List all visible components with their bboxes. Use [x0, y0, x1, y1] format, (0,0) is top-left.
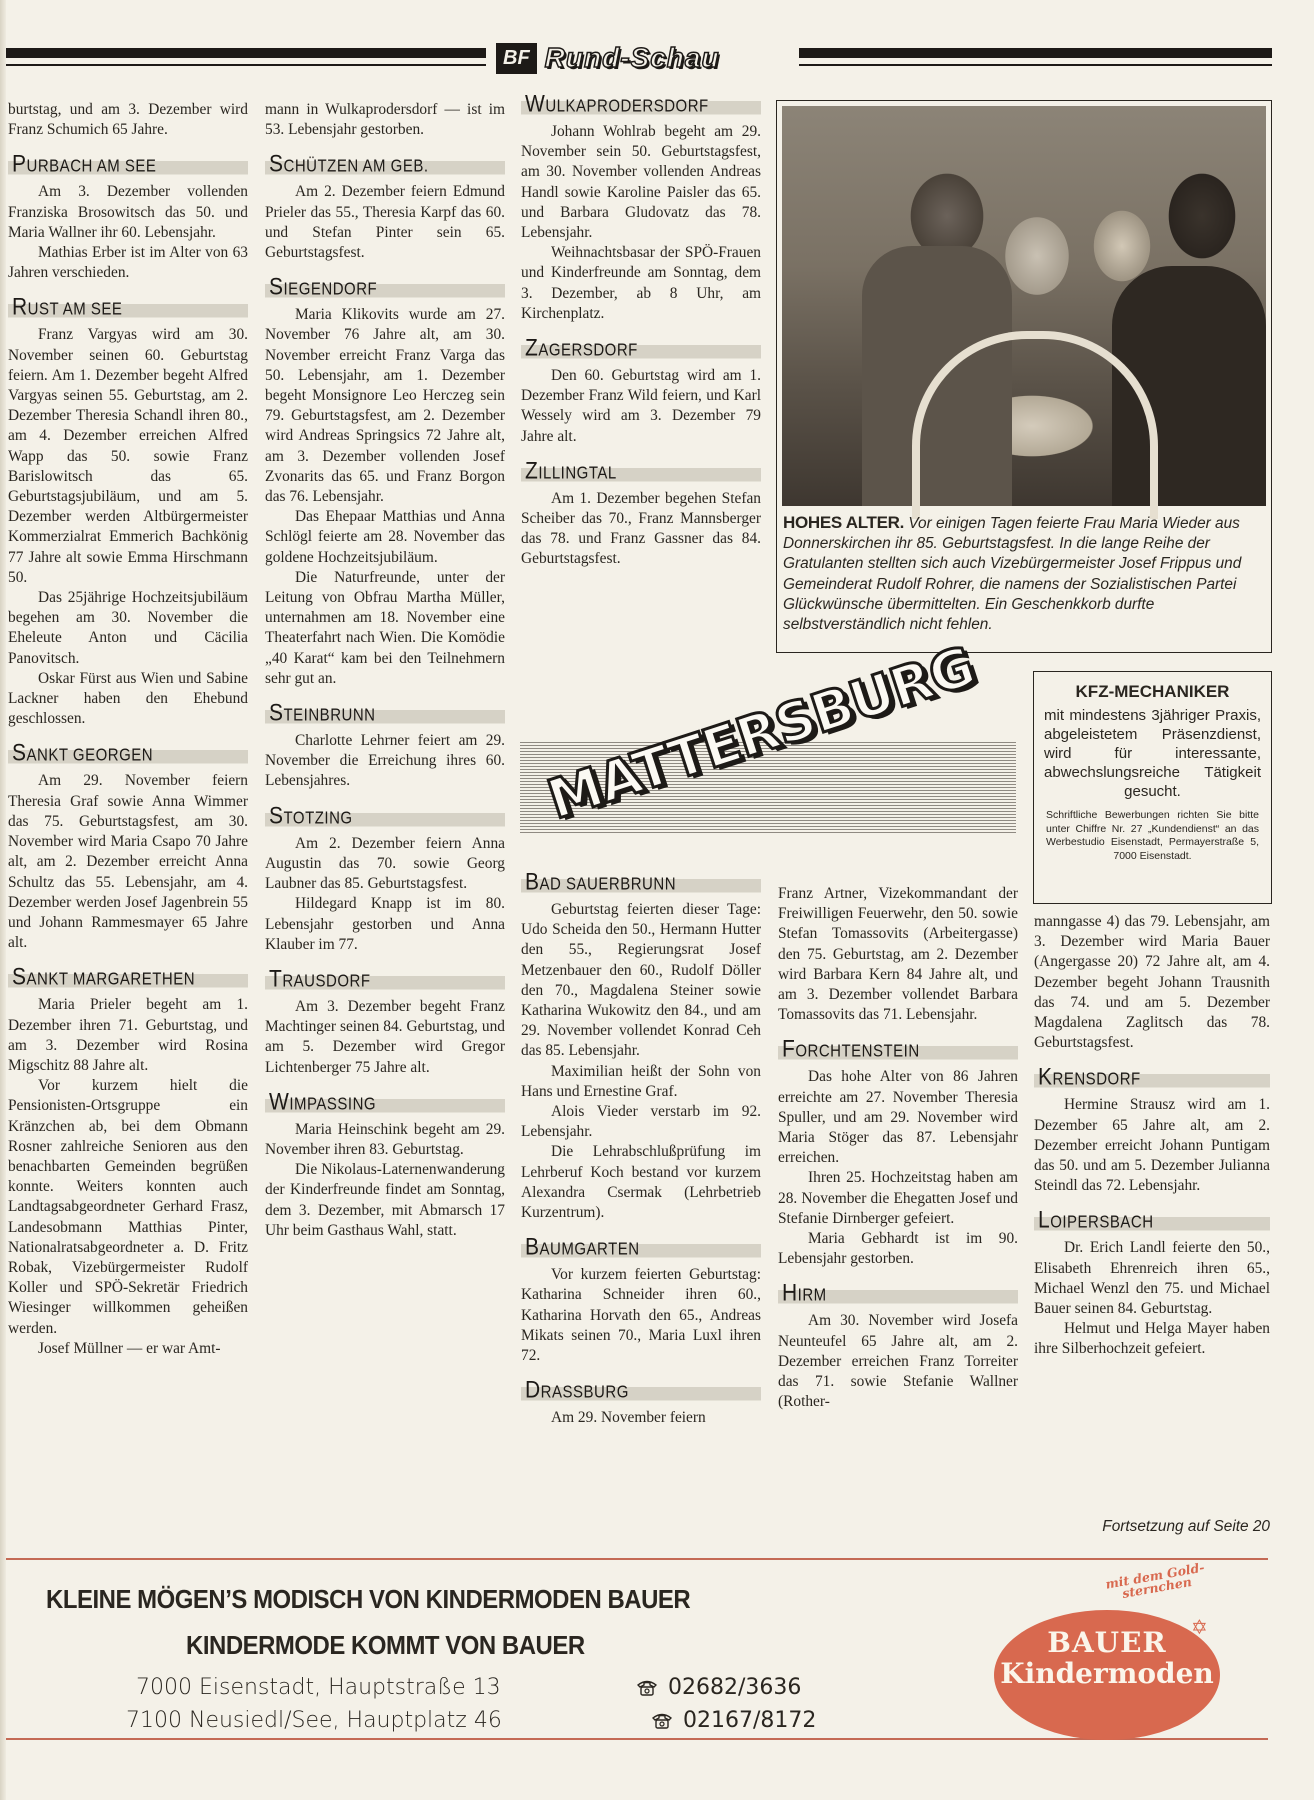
heading-initial: R	[12, 294, 28, 320]
paragraph: Die Nikolaus-Laternenwanderung der Kinde…	[265, 1160, 505, 1241]
column-lead: Franz Artner, Vizekommandant der Freiwil…	[778, 884, 1018, 1025]
masthead-thin-rule-left	[6, 64, 486, 66]
section-heading: Siegendorf	[265, 274, 505, 299]
section-heading: Hirm	[778, 1280, 1018, 1305]
heading-initial: B	[525, 869, 540, 895]
paragraph: Das hohe Alter von 86 Jahren erreichte a…	[778, 1067, 1018, 1168]
caption-text: Vor einigen Tagen feierte Frau Maria Wie…	[783, 515, 1241, 633]
column-3-top: WulkaprodersdorfJohann Wohlrab begeht am…	[521, 94, 761, 570]
ad-phone-1-number: 02682/3636	[668, 1675, 801, 1700]
logo-bauer: BAUER	[994, 1626, 1220, 1659]
masthead-thin-rule-right	[799, 64, 1272, 66]
job-ad-body: mit mindestens 3jähriger Praxis, abgelei…	[1044, 706, 1261, 801]
ad-headline: KLEINE MÖGEN’S MODISCH VON KINDERMODEN B…	[46, 1584, 874, 1615]
ad-phone-2-number: 02167/8172	[683, 1708, 816, 1733]
column-4: Franz Artner, Vizekommandant der Freiwil…	[778, 884, 1018, 1412]
paragraph: Am 30. November wird Josefa Neunteufel 6…	[778, 1311, 1018, 1412]
paragraph: Am 1. Dezember begehen Stefan Scheiber d…	[521, 489, 761, 570]
paragraph: Den 60. Geburtstag wird am 1. Dezember F…	[521, 366, 761, 447]
paragraph: Maria Prieler begeht am 1. Dezember ihre…	[8, 995, 248, 1076]
paragraph: Hildegard Knapp ist im 80. Lebensjahr ge…	[265, 894, 505, 955]
paragraph: Hermine Strausz wird am 1. Dezember 65 J…	[1034, 1095, 1270, 1196]
heading-initial: F	[782, 1036, 795, 1062]
caption-head: HOHES ALTER.	[783, 513, 904, 532]
heading-rest: teinbrunn	[284, 706, 376, 726]
column-5: manngasse 4) das 79. Lebensjahr, am 3. D…	[1034, 912, 1270, 1360]
paragraph: Ihren 25. Hochzeitstag haben am 28. Nove…	[778, 1168, 1018, 1229]
section-heading: Drassburg	[521, 1377, 761, 1402]
heading-initial: W	[525, 91, 545, 117]
heading-initial: D	[525, 1377, 541, 1403]
job-ad-contact: Schriftliche Bewerbungen richten Sie bit…	[1046, 809, 1259, 863]
heading-initial: K	[1038, 1064, 1053, 1090]
paragraph: Helmut und Helga Mayer haben ihre Silber…	[1034, 1319, 1270, 1359]
masthead-rule-right	[799, 48, 1272, 58]
column-2: mann in Wulkaprodersdorf — ist im 53. Le…	[265, 100, 505, 1241]
paragraph: Alois Vieder verstarb im 92. Lebensjahr.	[521, 1102, 761, 1142]
heading-initial: Z	[525, 458, 538, 484]
paragraph: Die Lehrabschlußprüfung im Lehrberuf Koc…	[521, 1142, 761, 1223]
section-heading: Sankt Georgen	[8, 740, 248, 765]
continued-link[interactable]: Fortsetzung auf Seite 20	[1040, 1518, 1270, 1536]
heading-rest: rausdorf	[282, 971, 370, 991]
paragraph: Josef Müllner — er war Amt-	[8, 1339, 248, 1359]
masthead-rule-left	[6, 48, 486, 58]
ad-address-1: 7000 Eisenstadt, Hauptstraße 13	[136, 1675, 501, 1700]
heading-initial: S	[269, 274, 284, 300]
paragraph: Das Ehepaar Matthias und Anna Schlögl fe…	[265, 507, 505, 568]
heading-initial: H	[782, 1280, 798, 1306]
paragraph: Franz Vargyas wird am 30. November seine…	[8, 325, 248, 588]
column-3-bottom: Bad SauerbrunnGeburtstag feierten dieser…	[521, 872, 761, 1428]
heading-rest: orchtenstein	[795, 1042, 919, 1062]
telephone-icon	[651, 1712, 673, 1730]
section-heading: Steinbrunn	[265, 700, 505, 725]
heading-rest: agersdorf	[538, 340, 638, 360]
ad-phone-2: 02167/8172	[651, 1708, 816, 1733]
section-heading: Stotzing	[265, 802, 505, 827]
column-lead: manngasse 4) das 79. Lebensjahr, am 3. D…	[1034, 912, 1270, 1053]
section-heading: Purbach am See	[8, 151, 248, 176]
paragraph: Am 29. November feiern Theresia Graf sow…	[8, 771, 248, 953]
heading-rest: ulkaprodersdorf	[545, 96, 708, 116]
heading-initial: S	[269, 802, 284, 828]
heading-rest: ad Sauerbrunn	[540, 874, 677, 894]
heading-rest: ust am See	[28, 300, 123, 320]
job-ad-title: KFZ-MECHANIKER	[1034, 682, 1271, 702]
section-heading: Zillingtal	[521, 458, 761, 483]
heading-initial: Z	[525, 335, 538, 361]
paragraph: Am 29. November feiern	[521, 1408, 761, 1428]
bauer-logo: BAUER Kindermoden	[994, 1610, 1220, 1740]
heading-rest: aumgarten	[540, 1240, 640, 1260]
logo-kindermoden: Kindermoden	[994, 1657, 1220, 1690]
paragraph: Am 3. Dezember begeht Franz Machtinger s…	[265, 997, 505, 1078]
paragraph: Maria Klikovits wurde am 27. November 76…	[265, 305, 505, 507]
heading-initial: W	[269, 1088, 289, 1114]
ad-address-2: 7100 Neusiedl/See, Hauptplatz 46	[126, 1708, 502, 1733]
paragraph: Oskar Fürst aus Wien und Sabine Lackner …	[8, 669, 248, 730]
heading-rest: ankt Margarethen	[27, 970, 196, 990]
section-heading: Wimpassing	[265, 1088, 505, 1113]
masthead: BF Rund-Schau	[6, 44, 1272, 74]
photo-caption: HOHES ALTER. Vor einigen Tagen feierte F…	[783, 513, 1265, 635]
heading-rest: totzing	[284, 808, 353, 828]
column-1: burtstag, und am 3. Dezember wird Franz …	[8, 100, 248, 1359]
paragraph: Die Naturfreunde, unter der Leitung von …	[265, 568, 505, 689]
heading-rest: rensdorf	[1053, 1070, 1141, 1090]
heading-initial: S	[269, 151, 284, 177]
section-heading: Sankt Margarethen	[8, 964, 248, 989]
section-heading: Bad Sauerbrunn	[521, 869, 761, 894]
heading-initial: S	[269, 700, 284, 726]
paragraph: Charlotte Lehrner feiert am 29. November…	[265, 731, 505, 792]
paragraph: Johann Wohlrab begeht am 29. November se…	[521, 122, 761, 243]
mattersburg-banner: MATTERSBURG	[520, 670, 1020, 880]
section-heading: Schützen am Geb.	[265, 151, 505, 176]
section-heading: Wulkaprodersdorf	[521, 91, 761, 116]
ad-subheadline: KINDERMODE KOMMT VON BAUER	[186, 1630, 830, 1661]
heading-initial: L	[1038, 1207, 1050, 1233]
heading-initial: S	[12, 964, 27, 990]
paragraph: Das 25jährige Hochzeitsjubiläum begehen …	[8, 588, 248, 669]
section-heading: Rust am See	[8, 294, 248, 319]
logo-tagline: mit dem Gold-sternchen	[1100, 1561, 1212, 1604]
kindermoden-ad: KLEINE MÖGEN’S MODISCH VON KINDERMODEN B…	[6, 1558, 1268, 1740]
section-heading: Forchtenstein	[778, 1036, 1018, 1061]
news-photo	[782, 106, 1266, 506]
job-ad: KFZ-MECHANIKER mit mindestens 3jähriger …	[1033, 671, 1272, 904]
paragraph: Geburtstag feierten dieser Tage: Udo Sch…	[521, 900, 761, 1062]
heading-rest: impassing	[289, 1094, 376, 1114]
paragraph: Maria Gebhardt ist im 90. Lebensjahr ges…	[778, 1229, 1018, 1269]
paragraph: Am 2. Dezember feiern Edmund Prieler das…	[265, 182, 505, 263]
heading-rest: iegendorf	[284, 280, 378, 300]
paragraph: Maria Heinschink begeht am 29. November …	[265, 1120, 505, 1160]
heading-rest: chützen am Geb.	[284, 157, 429, 177]
photo-feature: HOHES ALTER. Vor einigen Tagen feierte F…	[776, 100, 1272, 653]
heading-rest: irm	[798, 1286, 827, 1306]
masthead-logo: BF Rund-Schau	[496, 42, 720, 74]
masthead-title: Rund-Schau	[545, 42, 720, 74]
column-lead: mann in Wulkaprodersdorf — ist im 53. Le…	[265, 100, 505, 140]
paragraph: Mathias Erber ist im Alter von 63 Jahren…	[8, 243, 248, 283]
column-lead: burtstag, und am 3. Dezember wird Franz …	[8, 100, 248, 140]
section-heading: Trausdorf	[265, 966, 505, 991]
paragraph: Vor kurzem feierten Geburtstag: Katharin…	[521, 1265, 761, 1366]
heading-initial: T	[269, 966, 282, 992]
paragraph: Weihnachtsbasar der SPÖ-Frauen und Kinde…	[521, 243, 761, 324]
heading-rest: oipersbach	[1050, 1213, 1153, 1233]
heading-initial: B	[525, 1234, 540, 1260]
heading-rest: urbach am See	[27, 157, 157, 177]
paragraph: Dr. Erich Landl feierte den 50., Elisabe…	[1034, 1238, 1270, 1319]
section-heading: Krensdorf	[1034, 1064, 1270, 1089]
ad-phone-1: 02682/3636	[636, 1675, 801, 1700]
heading-initial: S	[12, 740, 27, 766]
masthead-badge: BF	[496, 43, 537, 74]
section-heading: Loipersbach	[1034, 1207, 1270, 1232]
heading-rest: illingtal	[538, 463, 616, 483]
paragraph: Maximilian heißt der Sohn von Hans und E…	[521, 1062, 761, 1102]
page-edge	[0, 0, 6, 1800]
section-heading: Baumgarten	[521, 1234, 761, 1259]
paragraph: Am 2. Dezember feiern Anna Augustin das …	[265, 834, 505, 895]
heading-rest: rassburg	[541, 1383, 629, 1403]
heading-initial: P	[12, 151, 27, 177]
heading-rest: ankt Georgen	[27, 746, 154, 766]
telephone-icon	[636, 1679, 658, 1697]
paragraph: Vor kurzem hielt die Pensionisten-Ortsgr…	[8, 1076, 248, 1339]
paragraph: Am 3. Dezember vollenden Franziska Broso…	[8, 182, 248, 243]
section-heading: Zagersdorf	[521, 335, 761, 360]
